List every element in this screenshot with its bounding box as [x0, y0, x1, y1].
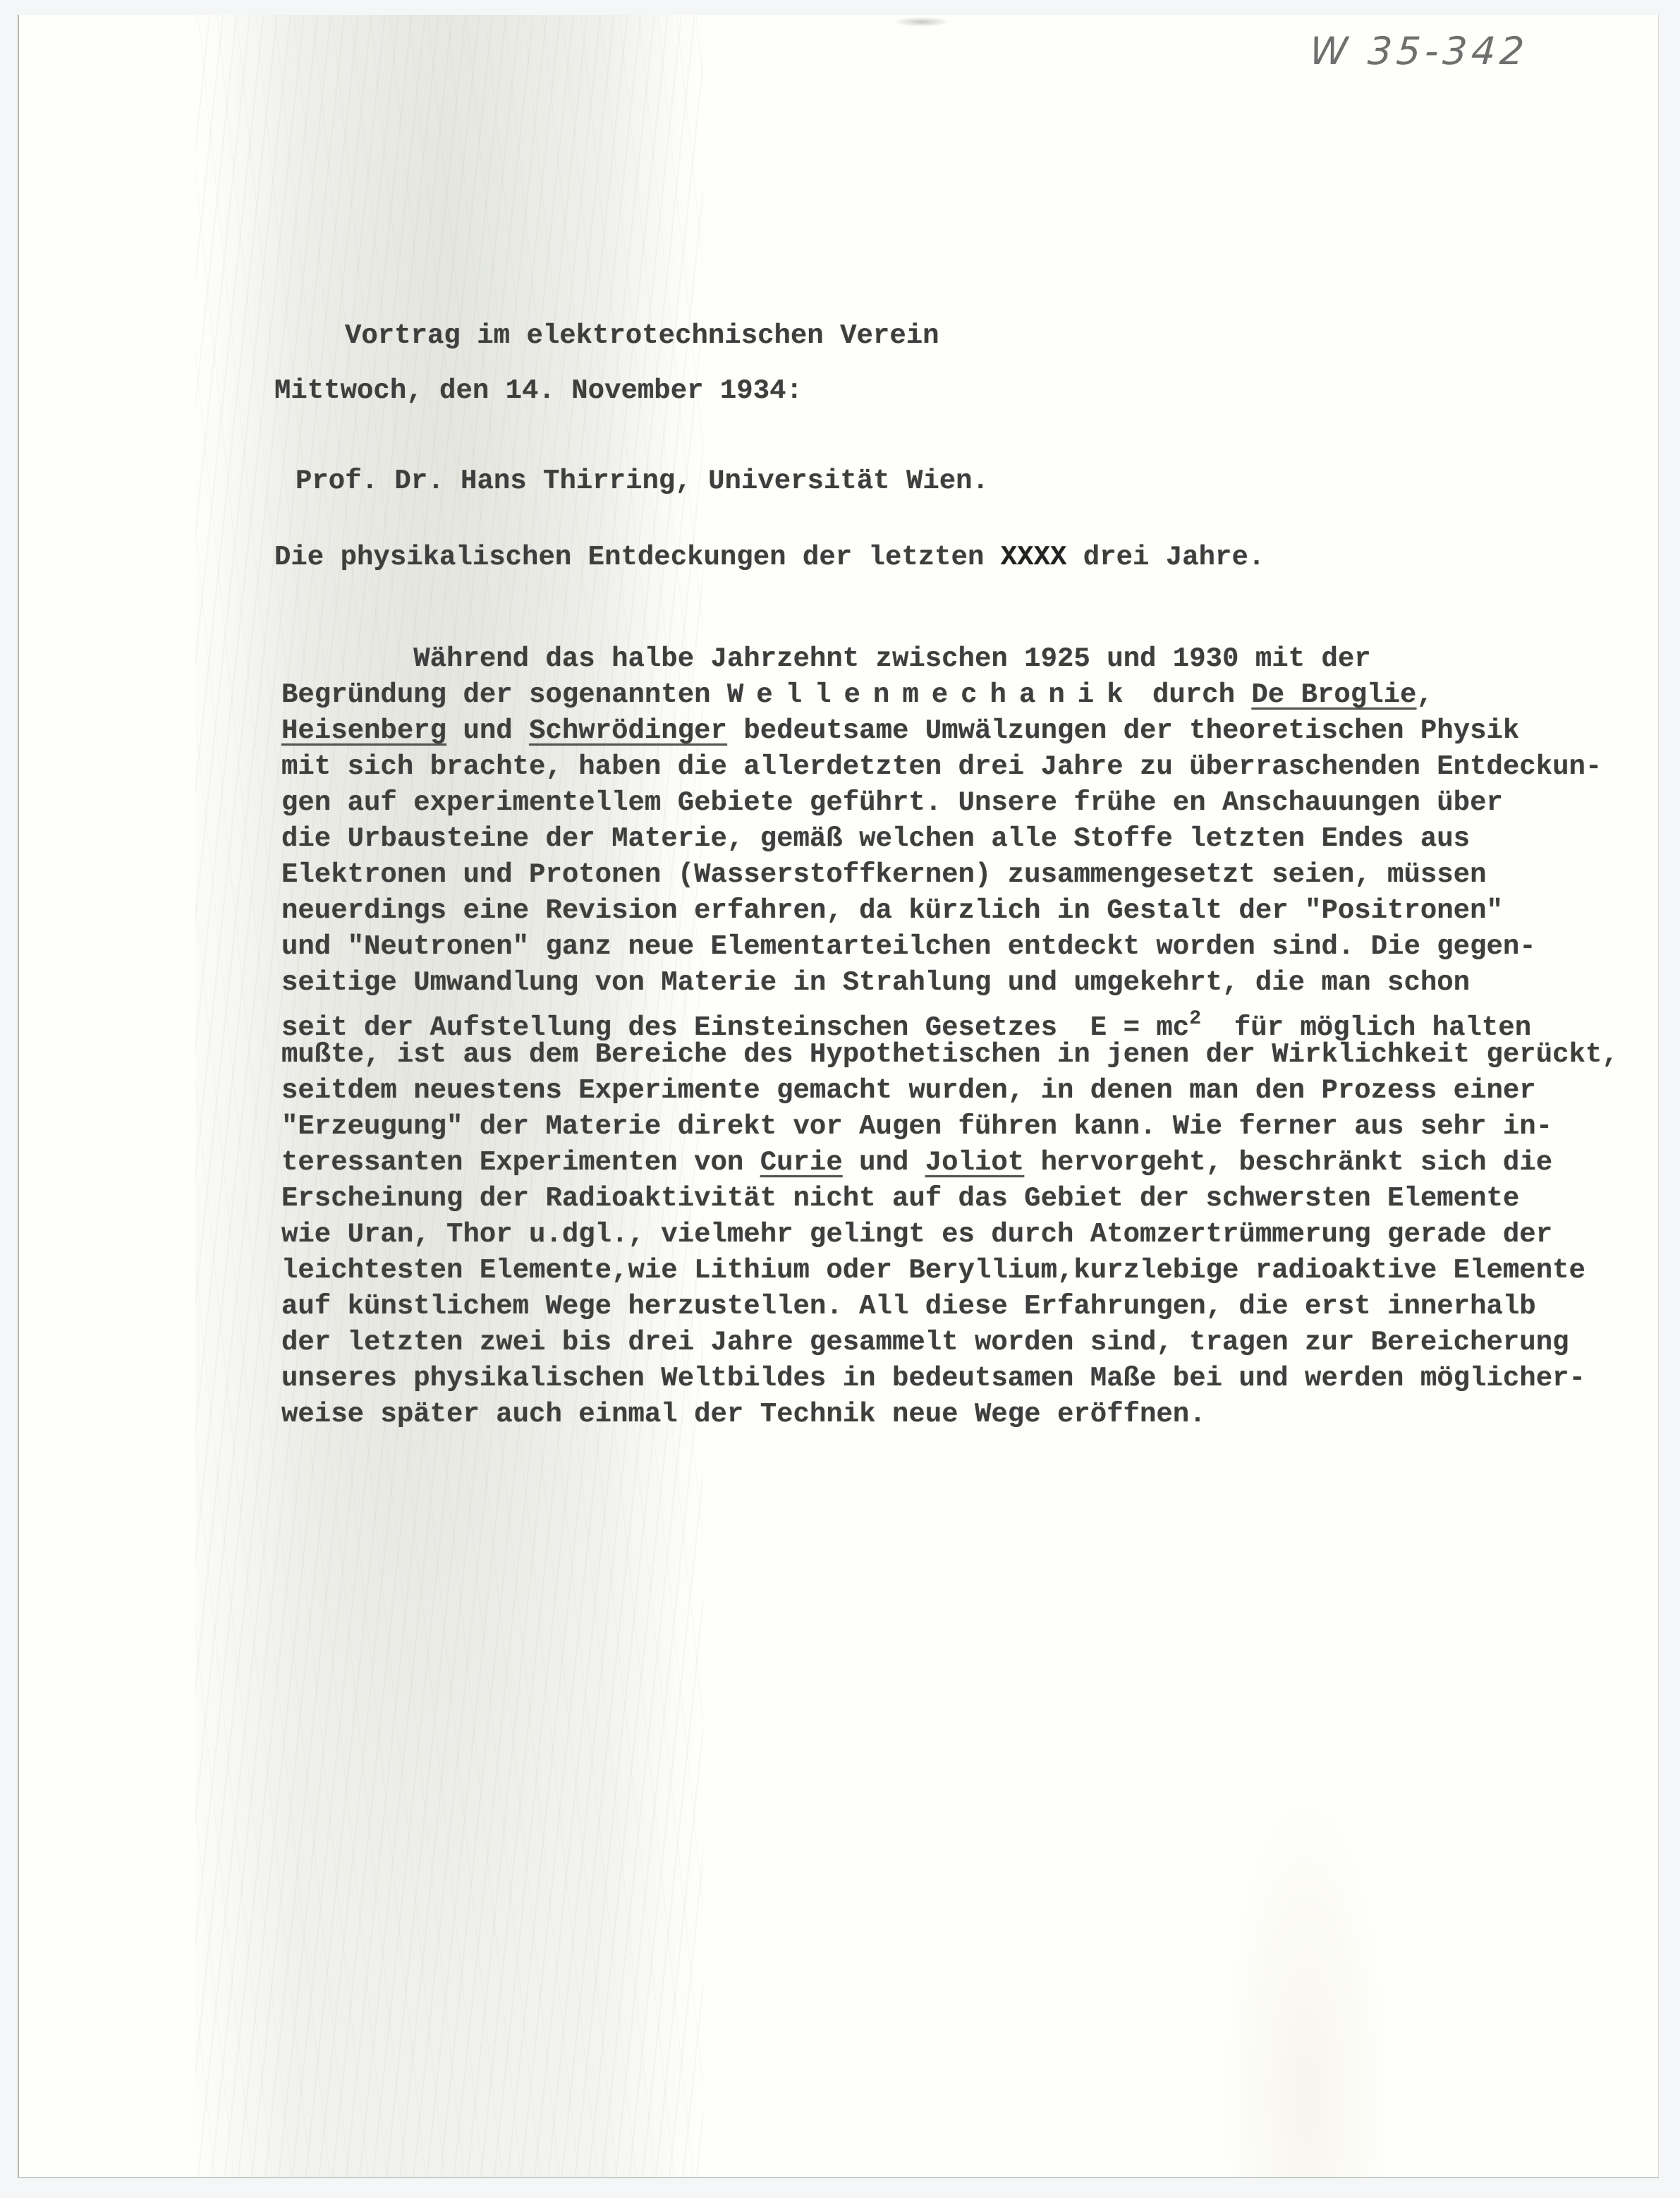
text-line: Begründung der sogenannten Wellenmechani…: [281, 677, 1619, 713]
text-line: teressanten Experimenten von Curie und J…: [281, 1145, 1619, 1181]
text-segment: teressanten Experimenten von: [281, 1147, 760, 1178]
text-line: neuerdings eine Revision erfahren, da kü…: [281, 893, 1619, 929]
text-line: seitdem neuestens Experimente gemacht wu…: [281, 1073, 1619, 1109]
text-line: mußte, ist aus dem Bereiche des Hypothet…: [281, 1037, 1619, 1073]
body-paragraph: Während das halbe Jahrzehnt zwischen 192…: [281, 641, 1619, 1433]
text-line: die Urbausteine der Materie, gemäß welch…: [281, 821, 1619, 857]
underlined-name: Curie: [760, 1147, 843, 1178]
text-segment: Begründung der sogenannten: [281, 679, 727, 710]
text-line: Während das halbe Jahrzehnt zwischen 192…: [281, 641, 1619, 677]
text-segment: unseres physikalischen Weltbildes in bed…: [281, 1363, 1585, 1394]
lecture-title: Die physikalischen Entdeckungen der letz…: [274, 540, 1265, 576]
text-segment: auf künstlichem Wege herzustellen. All d…: [281, 1291, 1536, 1322]
text-segment: neuerdings eine Revision erfahren, da kü…: [281, 895, 1503, 926]
text-segment: Elektronen und Protonen (Wasserstoffkern…: [281, 859, 1486, 890]
underlined-name: Heisenberg: [281, 715, 446, 746]
text-line: Erscheinung der Radioaktivität nicht auf…: [281, 1181, 1619, 1217]
text-line: leichtesten Elemente,wie Lithium oder Be…: [281, 1253, 1619, 1289]
text-segment: der letzten zwei bis drei Jahre gesammel…: [281, 1327, 1569, 1358]
text-segment: weise später auch einmal der Technik neu…: [281, 1399, 1206, 1430]
underlined-name: Joliot: [925, 1147, 1024, 1178]
ink-smudge: [894, 17, 950, 27]
text-segment: bedeutsame Umwälzungen der theoretischen…: [727, 715, 1519, 746]
text-line: und "Neutronen" ganz neue Elementarteilc…: [281, 929, 1619, 965]
text-segment: "Erzeugung" der Materie direkt vor Augen…: [281, 1111, 1552, 1142]
text-line: Heisenberg und Schwrödinger bedeutsame U…: [281, 713, 1619, 749]
text-segment: seitdem neuestens Experimente gemacht wu…: [281, 1075, 1536, 1106]
text-segment: Während das halbe Jahrzehnt zwischen 192…: [281, 643, 1371, 674]
text-line: der letzten zwei bis drei Jahre gesammel…: [281, 1325, 1619, 1361]
text-line: auf künstlichem Wege herzustellen. All d…: [281, 1289, 1619, 1325]
text-line: seitige Umwandlung von Materie in Strahl…: [281, 965, 1619, 1001]
text-line: Elektronen und Protonen (Wasserstoffkern…: [281, 857, 1619, 893]
struck-out-text: XXXX: [1001, 542, 1067, 573]
underlined-name: De Broglie: [1251, 679, 1416, 710]
text-line: weise später auch einmal der Technik neu…: [281, 1397, 1619, 1433]
text-line: "Erzeugung" der Materie direkt vor Augen…: [281, 1109, 1619, 1145]
text-segment: wie Uran, Thor u.dgl., vielmehr gelingt …: [281, 1219, 1552, 1250]
text-line: mit sich brachte, haben die allerdetzten…: [281, 749, 1619, 785]
text-segment: mußte, ist aus dem Bereiche des Hypothet…: [281, 1039, 1619, 1070]
document-page: W 35-342 Vortrag im elektrotechnischen V…: [18, 15, 1659, 2178]
paper-stain: [1218, 1778, 1394, 2178]
superscript: 2: [1189, 1008, 1201, 1030]
archive-number: W 35-342: [1308, 29, 1530, 73]
text-segment: die Urbausteine der Materie, gemäß welch…: [281, 823, 1470, 854]
text-segment: gen auf experimentellem Gebiete geführt.…: [281, 787, 1503, 818]
text-segment: leichtesten Elemente,wie Lithium oder Be…: [281, 1255, 1585, 1286]
text-segment: Erscheinung der Radioaktivität nicht auf…: [281, 1183, 1519, 1214]
spaced-emphasis: Wellenmechanik: [727, 679, 1136, 710]
underlined-name: Schwrödinger: [529, 715, 727, 746]
text-line: wie Uran, Thor u.dgl., vielmehr gelingt …: [281, 1217, 1619, 1253]
text-segment: ,: [1416, 679, 1432, 710]
speaker-line: Prof. Dr. Hans Thirring, Universität Wie…: [296, 463, 989, 499]
text-segment: mit sich brachte, haben die allerdetzten…: [281, 751, 1602, 782]
text-line: seit der Aufstellung des Einsteinschen G…: [281, 1001, 1619, 1037]
text-line: gen auf experimentellem Gebiete geführt.…: [281, 785, 1619, 821]
text-segment: und "Neutronen" ganz neue Elementarteilc…: [281, 931, 1536, 962]
text-line: unseres physikalischen Weltbildes in bed…: [281, 1361, 1619, 1397]
text-segment: und: [446, 715, 529, 746]
title-text: drei Jahre.: [1066, 542, 1265, 573]
text-segment: durch: [1136, 679, 1252, 710]
event-line: Vortrag im elektrotechnischen Verein: [345, 318, 939, 354]
text-segment: seitige Umwandlung von Materie in Strahl…: [281, 967, 1470, 998]
text-segment: und: [843, 1147, 925, 1178]
title-text: Die physikalischen Entdeckungen der letz…: [274, 542, 1001, 573]
text-segment: hervorgeht, beschränkt sich die: [1024, 1147, 1552, 1178]
date-line: Mittwoch, den 14. November 1934:: [274, 373, 803, 409]
